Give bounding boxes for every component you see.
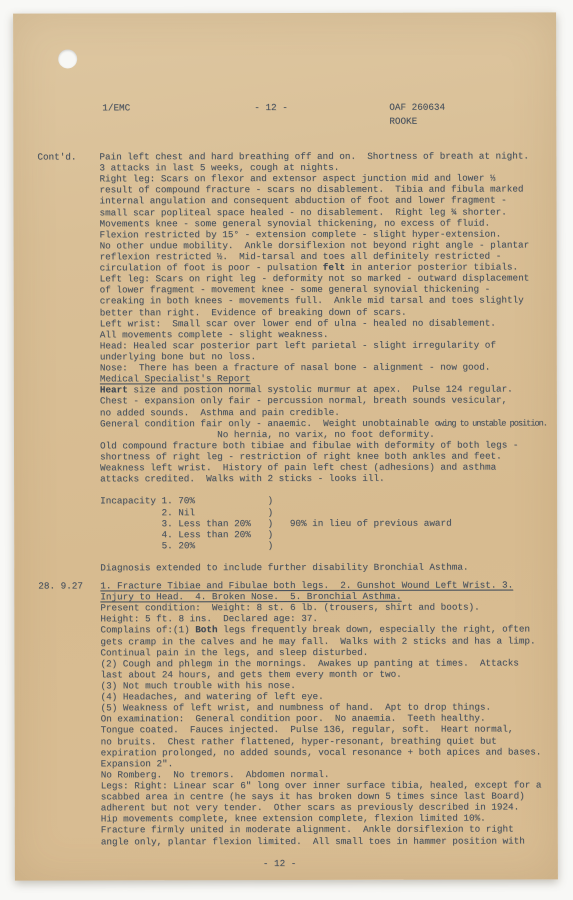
text-line: Expansion 2". — [101, 757, 560, 769]
text-line: 3. Less than 20% ) 90% in lieu of previo… — [100, 517, 559, 529]
header-surname: ROOKE — [389, 116, 417, 127]
text-line: Injury to Head. 4. Broken Nose. 5. Bronc… — [100, 591, 559, 603]
text-segment: Legs: Right: Linear scar 6" long over in… — [101, 779, 542, 791]
text-segment: no added sounds. Asthma and pain credibl… — [100, 406, 340, 418]
text-segment: Old compound fracture both tibiae and fi… — [100, 439, 518, 451]
text-line: On examination: General condition poor. … — [101, 713, 560, 725]
text-line: Left wrist: Small scar over lower end of… — [100, 317, 559, 329]
text-segment: attacks credited. Walks with 2 sticks - … — [100, 473, 385, 485]
text-segment: gets cramp in the calves and he may fall… — [100, 635, 535, 647]
text-segment: angle only, plantar flexion limited. All… — [101, 835, 525, 847]
text-line: no added sounds. Asthma and pain credibl… — [100, 406, 559, 418]
text-line: creaking in both knees - movements full.… — [100, 295, 559, 307]
text-segment: no bruits. Chest rather flattened, hyper… — [101, 735, 497, 747]
text-segment: (4) Headaches, and watering of left eye. — [101, 691, 324, 702]
text-segment: 2. Nil ) — [100, 507, 273, 518]
text-line: General condition fair only - anaemic. W… — [100, 417, 559, 429]
text-line: Weakness left wrist. History of pain lef… — [100, 461, 559, 473]
text-line: Old compound fracture both tibiae and fi… — [100, 439, 559, 451]
text-segment: adherent but not very tender. Other scar… — [101, 802, 519, 814]
text-line: adherent but not very tender. Other scar… — [101, 802, 560, 814]
footer-page-number: - 12 - — [263, 858, 297, 869]
text-line — [100, 484, 559, 496]
text-segment: legs frequently break down, especially t… — [218, 624, 530, 636]
text-segment: 1. Fracture Tibiae and Fibulae both legs… — [100, 580, 513, 592]
text-segment: 3. Less than 20% ) 90% in lieu of previo… — [100, 517, 452, 529]
text-line: attacks credited. Walks with 2 sticks - … — [100, 473, 559, 485]
text-segment: Present condition: Weight: 8 st. 6 lb. (… — [100, 602, 479, 614]
entry-section-text: 1. Fracture Tibiae and Fibulae both legs… — [100, 579, 560, 847]
contd-section-text: Pain left chest and hard breathing off a… — [99, 150, 559, 573]
text-segment: Movements knee - some general synovial t… — [100, 217, 491, 229]
header-reference: OAF 260634 — [389, 102, 445, 113]
text-segment: Medical Specialist's Report — [100, 373, 251, 384]
text-line: Tongue coated. Fauces injected. Pulse 13… — [101, 724, 560, 736]
text-segment: scabbed area in centre (he says it has b… — [101, 791, 525, 803]
text-line: Hip movements complete, knee extension c… — [101, 813, 560, 825]
text-segment: Left leg: Scars on right leg - deformity… — [100, 273, 530, 285]
text-line: 4. Less than 20% ) — [100, 528, 559, 540]
text-segment: Right leg: Scars on flexor and extensor … — [99, 173, 495, 185]
margin-label-contd: Cont'd. — [37, 151, 76, 162]
text-line: Incapacity 1. 70% ) — [100, 495, 559, 507]
text-segment: Injury to Head. 4. Broken Nose. 5. Bronc… — [100, 591, 401, 603]
text-segment: better than right. Evidence of breaking … — [100, 306, 407, 318]
text-segment: Both — [195, 625, 217, 636]
text-segment: last about 24 hours, and gets them every… — [100, 669, 401, 681]
text-segment: Head: Healed scar posterior part left pa… — [100, 339, 496, 351]
text-segment: On examination: General condition poor. … — [101, 713, 486, 725]
text-line: expiration prolonged, no added sounds, v… — [101, 746, 560, 758]
header-page-number: - 12 - — [254, 102, 288, 113]
document-page: 1/EMC - 12 - OAF 260634 ROOKE Cont'd. Pa… — [13, 12, 558, 880]
text-line: angle only, plantar flexion limited. All… — [101, 835, 560, 847]
text-line: (3) Not much trouble with his nose. — [100, 679, 559, 691]
text-line: Height: 5 ft. 8 ins. Declared age: 37. — [100, 613, 559, 625]
text-segment: 5. 20% ) — [100, 540, 273, 551]
text-line: Fracture firmly united in moderate align… — [101, 824, 560, 836]
text-line: 1. Fracture Tibiae and Fibulae both legs… — [100, 579, 559, 591]
text-segment: expiration prolonged, no added sounds, v… — [101, 746, 542, 758]
text-segment: No hernia, no varix, no foot deformity. — [100, 428, 435, 440]
text-segment: Nose: There has been a fracture of nasal… — [100, 362, 491, 374]
header-file-code: 1/EMC — [102, 102, 130, 113]
text-segment: Tongue coated. Fauces injected. Pulse 13… — [101, 724, 514, 736]
text-segment: Flexion restricted by 15° - extension co… — [100, 228, 502, 240]
text-line: no bruits. Chest rather flattened, hyper… — [101, 735, 560, 747]
text-line: Continual pain in the legs, and sleep di… — [100, 646, 559, 658]
text-segment: reflexion restricted ½. Mid-tarsal and t… — [100, 251, 502, 263]
text-line: last about 24 hours, and gets them every… — [100, 668, 559, 680]
text-line: gets cramp in the calves and he may fall… — [100, 635, 559, 647]
text-segment: (5) Weakness of left wrist, and numbness… — [101, 702, 492, 714]
text-segment: Expansion 2". — [101, 758, 174, 769]
text-line: Nose: There has been a fracture of nasal… — [100, 362, 559, 374]
text-segment: 4. Less than 20% ) — [100, 529, 273, 540]
text-line: Legs: Right: Linear scar 6" long over in… — [101, 779, 560, 791]
text-line: (4) Headaches, and watering of left eye. — [101, 691, 560, 703]
text-segment: underlying bone but no loss. — [100, 351, 256, 362]
text-segment: 3 attacks in last 5 weeks, cough at nigh… — [99, 162, 339, 174]
text-segment: of lower fragment - movement knee - some… — [100, 284, 491, 296]
text-segment: Fracture firmly united in moderate align… — [101, 824, 514, 836]
text-segment: Chest - expansion only fair - percussion… — [100, 395, 507, 407]
text-line: Heart size and postion normal systolic m… — [100, 384, 559, 396]
text-segment: in anterior posterior tibials. — [345, 262, 518, 273]
text-segment: No other undue mobility. Ankle dorsiflex… — [100, 239, 530, 251]
text-segment: All movements complete - slight weakness… — [100, 329, 329, 340]
text-segment: Diagnosis extended to include further di… — [100, 562, 468, 574]
text-segment: No Romberg. No tremors. Abdomen normal. — [101, 769, 330, 780]
text-line: Diagnosis extended to include further di… — [100, 561, 559, 573]
text-line: Present condition: Weight: 8 st. 6 lb. (… — [100, 602, 559, 614]
text-segment: General condition fair only - anaemic. W… — [100, 417, 435, 429]
text-line: scabbed area in centre (he says it has b… — [101, 791, 560, 803]
text-segment: Pain left chest and hard breathing off a… — [99, 150, 529, 162]
text-line: Head: Healed scar posterior part left pa… — [100, 339, 559, 351]
text-line: No hernia, no varix, no foot deformity. — [100, 428, 559, 440]
text-line: Pain left chest and hard breathing off a… — [99, 150, 558, 162]
text-segment: result of compound fracture - scars no d… — [99, 184, 523, 196]
hole-punch — [58, 49, 77, 68]
text-line: shortness of right leg - restriction of … — [100, 450, 559, 462]
text-line: Medical Specialist's Report — [100, 373, 559, 385]
text-line: Complains of:(1) Both legs frequently br… — [100, 624, 559, 636]
text-segment: Heart — [100, 385, 128, 396]
text-line: No Romberg. No tremors. Abdomen normal. — [101, 768, 560, 780]
text-segment: circulation of foot is poor - pulsation — [100, 262, 323, 273]
text-segment: size and postion normal systolic murmur … — [128, 384, 513, 396]
text-line: underlying bone but no loss. — [100, 350, 559, 362]
text-segment: Hip movements complete, knee extension c… — [101, 813, 486, 825]
text-line: (5) Weakness of left wrist, and numbness… — [101, 702, 560, 714]
text-segment: shortness of right leg - restriction of … — [100, 451, 502, 463]
margin-label-entry-date: 28. 9.27 — [38, 580, 83, 591]
text-segment: felt — [323, 262, 345, 273]
text-segment: small scar popliteal space healed - no d… — [99, 206, 506, 218]
text-segment: Complains of:(1) — [100, 625, 195, 636]
text-segment: Continual pain in the legs, and sleep di… — [100, 646, 368, 658]
text-line: 2. Nil ) — [100, 506, 559, 518]
text-line — [100, 550, 559, 562]
text-line: Chest - expansion only fair - percussion… — [100, 395, 559, 407]
text-segment: Incapacity 1. 70% ) — [100, 495, 273, 506]
text-line: (2) Cough and phlegm in the mornings. Aw… — [100, 657, 559, 669]
text-segment: (3) Not much trouble with his nose. — [100, 680, 295, 691]
text-segment: Left wrist: Small scar over lower end of… — [100, 317, 496, 329]
text-segment: owing to unstable position. — [435, 418, 547, 428]
text-segment: (2) Cough and phlegm in the mornings. Aw… — [100, 657, 518, 669]
text-segment: Weakness left wrist. History of pain lef… — [100, 462, 496, 474]
text-segment: Height: 5 ft. 8 ins. Declared age: 37. — [100, 613, 318, 624]
text-line: 5. 20% ) — [100, 539, 559, 551]
text-segment: creaking in both knees - movements full.… — [100, 295, 524, 307]
text-segment: internal angulation and consequent abduc… — [99, 195, 506, 207]
